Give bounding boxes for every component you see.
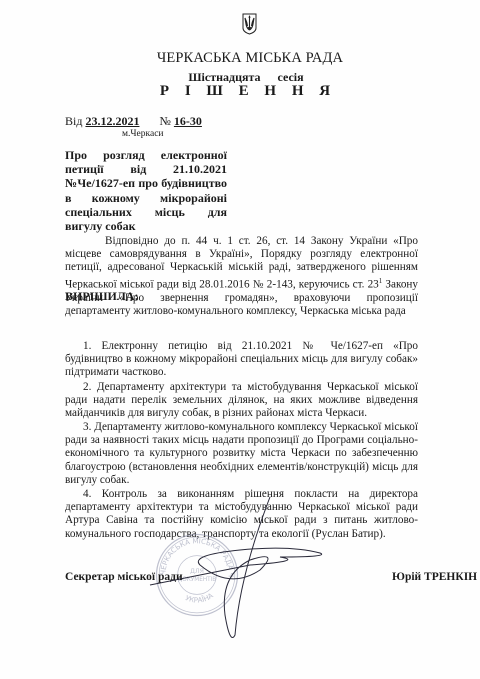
council-name: ЧЕРКАСЬКА МІСЬКА РАДА — [0, 50, 480, 67]
date-number-line: Від 23.12.2021 № 16-30 — [65, 114, 202, 129]
trident-coat-of-arms-icon — [242, 13, 257, 35]
preamble-text-part1: Відповідно до п. 44 ч. 1 ст. 26, ст. 14 … — [65, 235, 418, 290]
handwritten-signature — [130, 495, 350, 645]
resolved-label: ВИРІШИЛА: — [65, 289, 138, 304]
date-prefix: Від — [65, 114, 82, 128]
decision-number: 16-30 — [174, 114, 202, 128]
preamble-paragraph: Відповідно до п. 44 ч. 1 ст. 26, ст. 14 … — [65, 235, 418, 318]
resolution-item-1: 1. Електронну петицію від 21.10.2021 № Ч… — [65, 340, 418, 380]
resolution-item-2: 2. Департаменту архітектури та містобуду… — [65, 381, 418, 421]
resolution-item-3: 3. Департаменту житлово-комунального ком… — [65, 421, 418, 487]
decision-date: 23.12.2021 — [85, 114, 139, 128]
number-prefix: № — [159, 114, 170, 128]
signatory-name: Юрій ТРЕНКІН — [392, 571, 477, 583]
city-label: м.Черкаси — [122, 129, 164, 139]
decision-subject: Про розгляд електронної петиції від 21.1… — [65, 148, 227, 233]
document-type-title: Р І Ш Е Н Н Я — [0, 83, 480, 100]
document-page: ЧЕРКАСЬКА МІСЬКА РАДА Шістнадцята сесія … — [0, 0, 480, 679]
